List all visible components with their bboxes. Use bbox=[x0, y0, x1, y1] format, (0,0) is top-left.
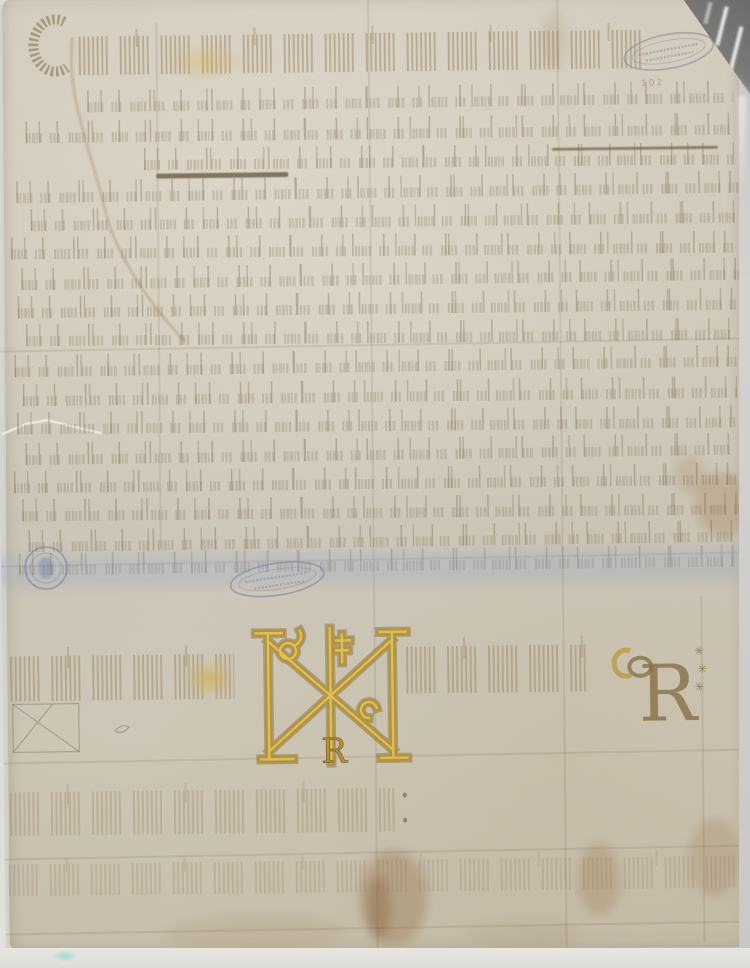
recognition-star-icon: ✳ bbox=[694, 644, 704, 658]
pencil-doodle bbox=[13, 703, 130, 752]
recognition-star-icon: ✳ bbox=[694, 680, 704, 694]
parchment-content: R R ✳ ✳ ✳ 102 bbox=[0, 0, 750, 968]
charter-photo: R R ✳ ✳ ✳ 102 bbox=[0, 0, 750, 968]
recognition-sign: R bbox=[622, 638, 699, 739]
gold-monogram: R bbox=[230, 609, 432, 783]
chrismon-symbol bbox=[33, 19, 67, 71]
sleeve-glare bbox=[738, 96, 746, 182]
corner-glare-streak bbox=[703, 2, 712, 24]
round-blue-stamp bbox=[21, 542, 72, 595]
backing-strip-bottom bbox=[0, 948, 750, 968]
signature-script-line bbox=[406, 635, 589, 693]
shelfmark-number: 102 bbox=[641, 78, 665, 89]
datum-script-line bbox=[10, 780, 397, 837]
monogram-letter: R bbox=[321, 731, 348, 771]
corner-glare-streak bbox=[728, 26, 743, 72]
ink-dot bbox=[403, 793, 407, 798]
teal-glare-spot bbox=[52, 950, 78, 962]
ink-dot bbox=[403, 818, 407, 823]
recognition-letter: R bbox=[638, 649, 699, 739]
corner-glare-streak bbox=[715, 6, 729, 46]
recognition-star-icon: ✳ bbox=[697, 662, 707, 676]
